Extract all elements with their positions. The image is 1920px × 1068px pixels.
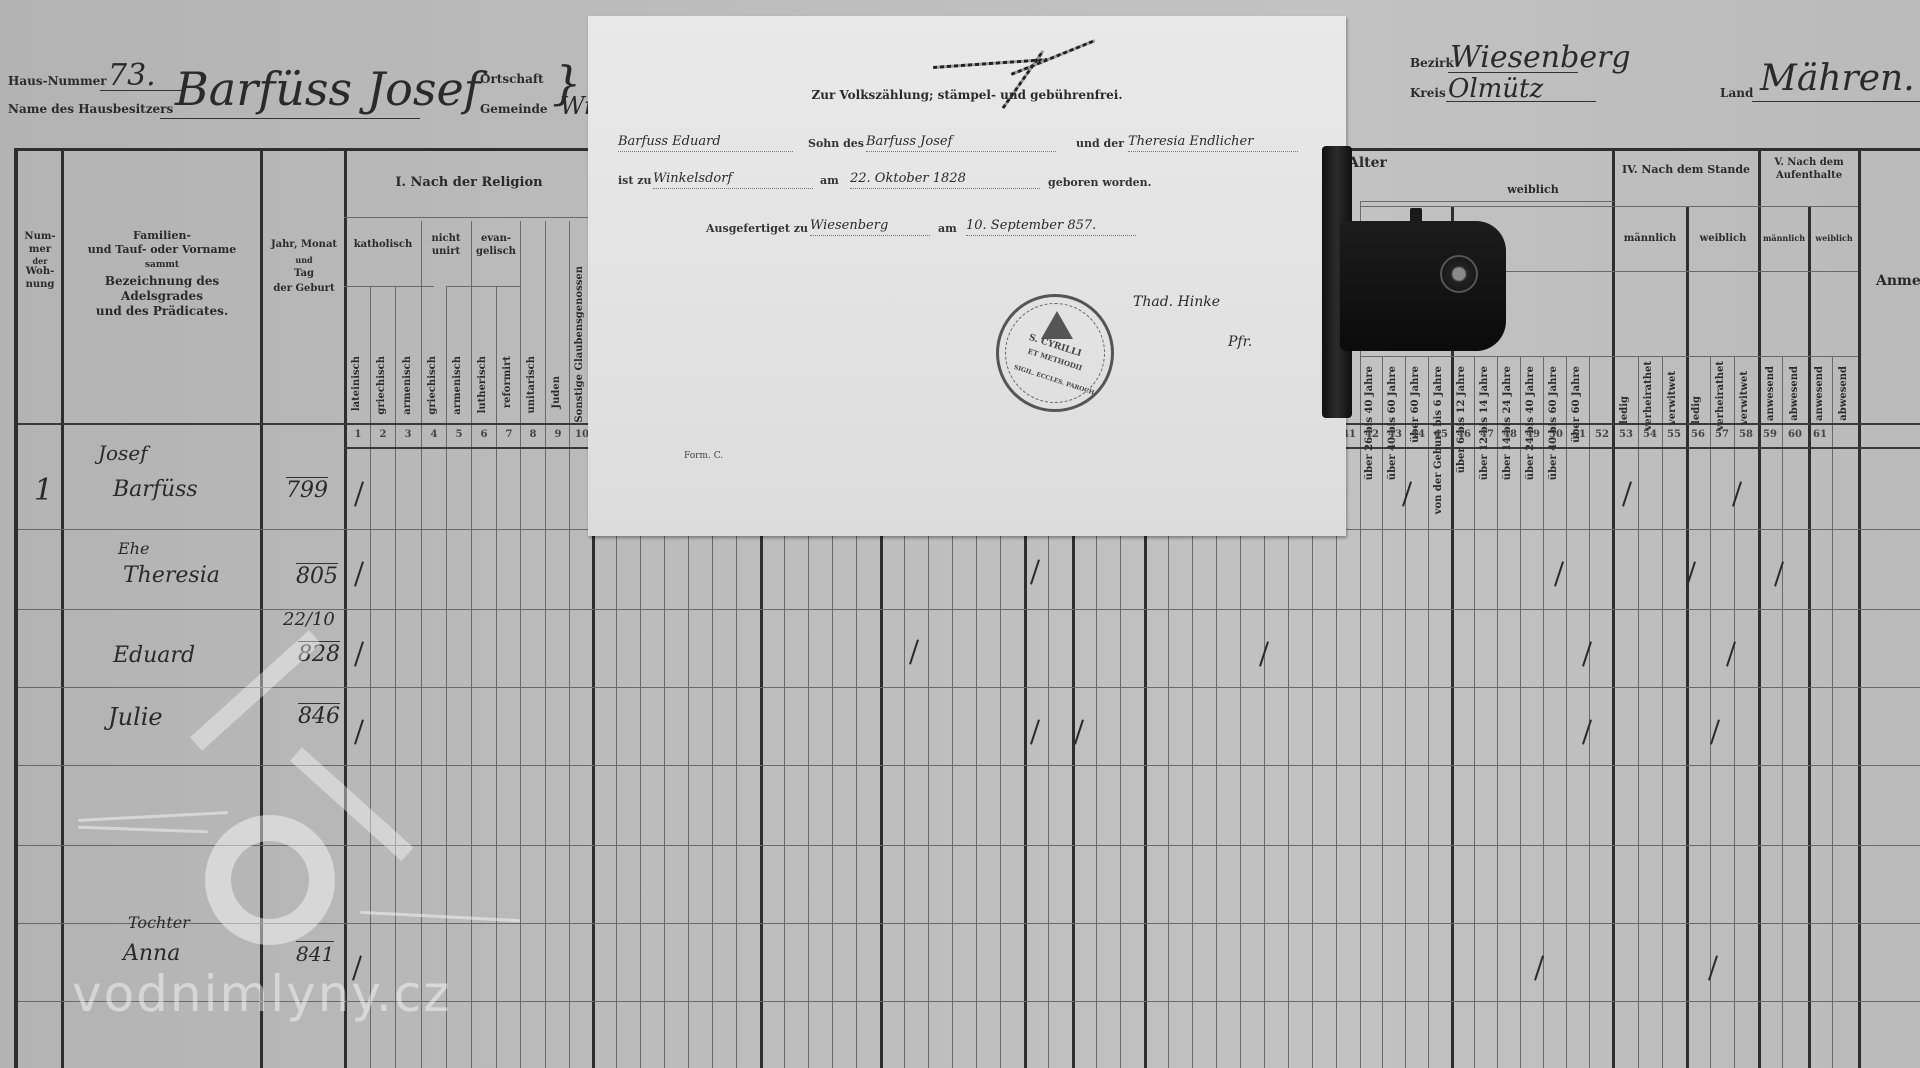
col-num: 57 [1711, 429, 1733, 440]
ortschaft-label: Ortschaft [480, 72, 544, 86]
label-sohn-des: Sohn des [808, 137, 864, 150]
aufenthalt-maennlich: männlich [1760, 233, 1808, 243]
religion-col-armenisch-nicht-unirt: armenisch [452, 356, 463, 415]
birthplace: Winkelsdorf [653, 171, 813, 189]
row-3-name: Eduard [113, 643, 195, 668]
haus-nummer-label: Haus-Nummer [8, 74, 107, 88]
child-name: Barfuss Eduard [618, 134, 793, 152]
parish-seal-icon: S. CYRILLI ET METHODII SIGIL. ECCLES. PA… [996, 294, 1114, 412]
religion-group-nicht-unirt: nicht unirt [423, 233, 469, 258]
col-num: 58 [1735, 429, 1757, 440]
col-header-nummer: Num-merderWoh-nung [20, 231, 60, 291]
watermark-wheel-icon [205, 815, 335, 945]
aufenthalt-weiblich: weiblich [1810, 233, 1858, 243]
hausbesitzer-label: Name des Hausbesitzers [8, 102, 173, 116]
label-und-der: und der [1076, 137, 1124, 150]
stand-col: verheirathet [1715, 361, 1726, 431]
haus-nummer-value: 73. [108, 58, 156, 93]
row-7-name-last: Anna [123, 941, 180, 966]
aufenthalt-col: anwesend [1765, 366, 1776, 421]
col-num: 48 [1499, 429, 1521, 440]
col-num: 52 [1591, 429, 1613, 440]
religion-col-lateinisch: lateinisch [351, 356, 362, 411]
bezirk-value: Wiesenberg [1450, 40, 1631, 75]
watermark-text: vodnimlyny.cz [72, 965, 451, 1023]
aufenthalt-col: abwesend [1789, 366, 1800, 421]
aufenthalt-col: anwesend [1814, 366, 1825, 421]
stand-title: IV. Nach dem Stande [1614, 163, 1758, 177]
kreis-label: Kreis [1410, 86, 1446, 100]
col-num: 7 [497, 429, 521, 440]
signature-title: Pfr. [1228, 334, 1252, 350]
row-1-name-first: Josef [98, 441, 148, 465]
row-7-name-first: Tochter [128, 913, 190, 932]
religion-title: I. Nach der Religion [346, 175, 592, 191]
col-num: 59 [1759, 429, 1781, 440]
row-4-name: Julie [108, 703, 163, 731]
col-num: 46 [1453, 429, 1475, 440]
census-sheet: Haus-Nummer 73. Name des Hausbesitzers B… [0, 0, 1920, 1068]
col-num: 42 [1361, 429, 1383, 440]
col-num: 56 [1687, 429, 1709, 440]
col-num: 2 [371, 429, 395, 440]
col-num: 8 [521, 429, 545, 440]
col-num: 55 [1663, 429, 1685, 440]
religion-col-juden: Juden [551, 376, 562, 409]
col-num: 1 [346, 429, 370, 440]
col-num: 51 [1568, 429, 1590, 440]
col-num: 6 [472, 429, 496, 440]
certificate-title: Zur Volkszählung; stämpel- und gebührenf… [588, 88, 1346, 102]
alter-col: über 40 bis 60 Jahre [1548, 366, 1559, 480]
label-geboren: geboren worden. [1048, 176, 1151, 189]
birth-date: 22. Oktober 1828 [850, 171, 1040, 189]
row-4-geburt: 846 [298, 703, 340, 729]
col-header-name: Familien- und Tauf- oder Vorname sammt B… [64, 229, 260, 319]
col-num: 49 [1522, 429, 1544, 440]
religion-col-lutherisch: lutherisch [477, 356, 488, 413]
aufenthalt-title: V. Nach demAufenthalte [1760, 157, 1858, 182]
col-num: 4 [422, 429, 446, 440]
col-num: 44 [1407, 429, 1429, 440]
binder-clip-icon [1322, 146, 1508, 418]
land-value: Mähren. [1760, 58, 1915, 99]
label-am: am [820, 174, 839, 187]
religion-col-reformirt: reformirt [502, 356, 513, 408]
label-ist-zu: ist zu [618, 174, 652, 187]
form-label: Form. C. [684, 451, 723, 461]
religion-col-griechisch-nicht-unirt: griechisch [427, 356, 438, 415]
row-2-name-last: Theresia [123, 563, 220, 588]
col-num: 47 [1476, 429, 1498, 440]
hausbesitzer-value: Barfüss Josef [175, 62, 481, 116]
col-num: 5 [447, 429, 471, 440]
stand-col: ledig [1619, 396, 1630, 424]
father-name: Barfuss Josef [866, 134, 1056, 152]
stand-col: verheirathet [1643, 361, 1654, 431]
col-num: 3 [396, 429, 420, 440]
religion-group-evangelisch: evan-gelisch [473, 233, 519, 258]
row-3-geburt-day: 22/10 [283, 609, 335, 630]
mother-name: Theresia Endlicher [1128, 134, 1298, 152]
religion-col-griechisch: griechisch [376, 356, 387, 415]
col-num: 43 [1384, 429, 1406, 440]
alter-col: über 24 bis 40 Jahre [1525, 366, 1536, 480]
aufenthalt-col: abwesend [1838, 366, 1849, 421]
birth-certificate: Zur Volkszählung; stämpel- und gebührenf… [588, 16, 1346, 536]
religion-col-armenisch: armenisch [402, 356, 413, 415]
row-7-geburt: 841 [296, 941, 334, 966]
land-label: Land [1720, 86, 1753, 100]
stand-col: verwitwet [1667, 371, 1678, 425]
col-num: 9 [546, 429, 570, 440]
row-2-name-first: Ehe [118, 539, 149, 558]
col-num: 53 [1615, 429, 1637, 440]
row-1-nummer: 1 [34, 473, 53, 508]
col-num: 54 [1639, 429, 1661, 440]
stand-maennlich: männlich [1614, 233, 1686, 246]
col-num: 61 [1809, 429, 1831, 440]
anmerkung-header: Anmerkung [1876, 273, 1920, 291]
stand-weiblich: weiblich [1688, 233, 1758, 246]
gemeinde-label: Gemeinde [480, 102, 548, 116]
col-header-geburt: Jahr, Monat und Tag der Geburt [263, 239, 345, 296]
kreis-value: Olmütz [1448, 74, 1543, 104]
religion-col-unitarisch: unitarisch [526, 356, 537, 414]
row-1-name-last: Barfüss [113, 477, 198, 502]
row-1-geburt: 799 [286, 477, 328, 503]
col-num: 60 [1784, 429, 1806, 440]
issued-place: Wiesenberg [810, 218, 930, 236]
signature-name: Thad. Hinke [1133, 294, 1220, 310]
row-2-geburt: 805 [296, 563, 338, 589]
religion-group-katholisch: katholisch [346, 239, 420, 252]
issued-date: 10. September 857. [966, 218, 1136, 236]
label-ausgefertiget: Ausgefertiget zu [706, 222, 808, 235]
stand-col: ledig [1691, 396, 1702, 424]
bezirk-label: Bezirk [1410, 56, 1454, 70]
col-num: 45 [1430, 429, 1452, 440]
label-am-2: am [938, 222, 957, 235]
col-num: 50 [1545, 429, 1567, 440]
religion-col-sonstige: Sonstige Glaubensgenossen [574, 266, 585, 423]
stand-col: verwitwet [1739, 371, 1750, 425]
